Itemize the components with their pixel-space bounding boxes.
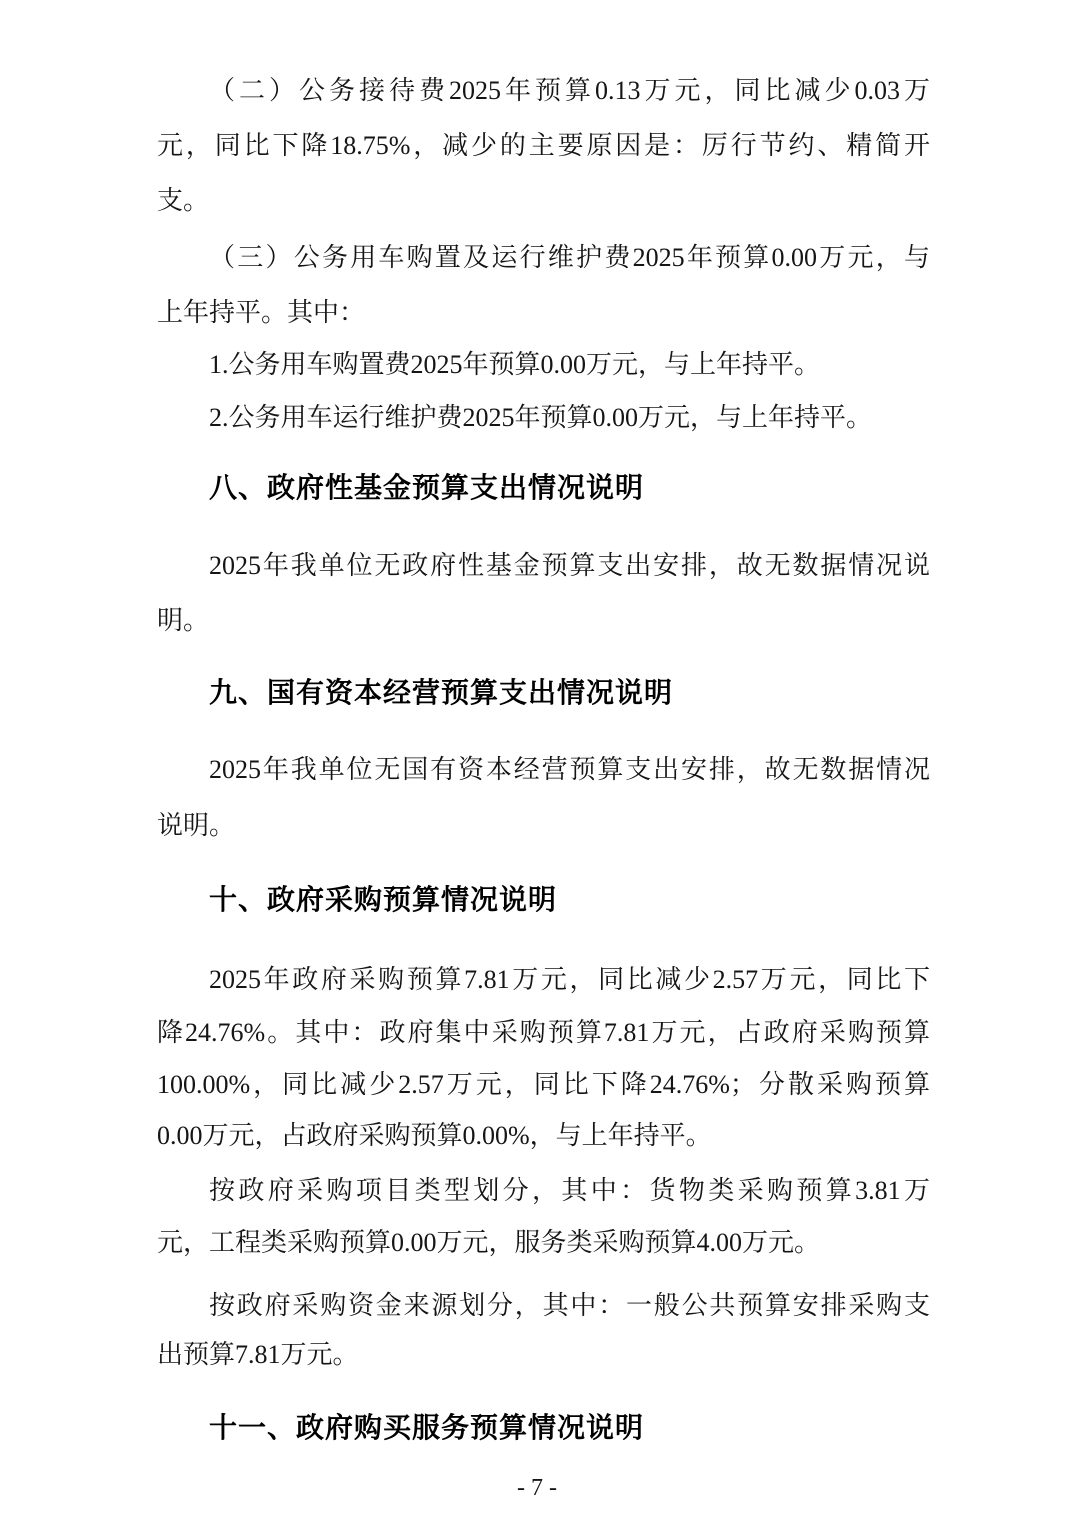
text-line: 1.公务用车购置费2025年预算0.00万元，与上年持平。 bbox=[157, 347, 930, 383]
text-line: 2025年政府采购预算7.81万元，同比减少2.57万元，同比下 bbox=[157, 962, 930, 998]
text-line: 出预算7.81万元。 bbox=[157, 1337, 930, 1373]
text-line: 降24.76%。其中：政府集中采购预算7.81万元，占政府采购预算 bbox=[157, 1015, 930, 1051]
text-line: 2.公务用车运行维护费2025年预算0.00万元，与上年持平。 bbox=[157, 400, 930, 436]
text-line: （二）公务接待费2025年预算0.13万元，同比减少0.03万 bbox=[157, 73, 930, 109]
text-line: 按政府采购项目类型划分，其中：货物类采购预算3.81万 bbox=[157, 1173, 930, 1209]
text-line: 元，同比下降18.75%，减少的主要原因是：厉行节约、精简开 bbox=[157, 128, 930, 164]
text-line: 按政府采购资金来源划分，其中：一般公共预算安排采购支 bbox=[157, 1288, 930, 1324]
section-heading: 九、国有资本经营预算支出情况说明 bbox=[157, 675, 930, 711]
section-heading: 八、政府性基金预算支出情况说明 bbox=[157, 470, 930, 506]
text-line: 2025年我单位无政府性基金预算支出安排，故无数据情况说 bbox=[157, 548, 930, 584]
text-line: 2025年我单位无国有资本经营预算支出安排，故无数据情况 bbox=[157, 752, 930, 788]
section-heading: 十、政府采购预算情况说明 bbox=[157, 882, 930, 918]
text-line: 100.00%，同比减少2.57万元，同比下降24.76%；分散采购预算 bbox=[157, 1067, 930, 1103]
page-number: - 7 - bbox=[0, 1470, 1074, 1506]
section-heading: 十一、政府购买服务预算情况说明 bbox=[157, 1410, 930, 1446]
text-line: 元，工程类采购预算0.00万元，服务类采购预算4.00万元。 bbox=[157, 1225, 930, 1261]
text-line: 明。 bbox=[157, 603, 930, 639]
document-body: （二）公务接待费2025年预算0.13万元，同比减少0.03万元，同比下降18.… bbox=[0, 0, 1074, 1520]
text-line: 支。 bbox=[157, 183, 930, 219]
text-line: 上年持平。其中： bbox=[157, 295, 930, 331]
text-line: （三）公务用车购置及运行维护费2025年预算0.00万元，与 bbox=[157, 240, 930, 276]
document-page: （二）公务接待费2025年预算0.13万元，同比减少0.03万元，同比下降18.… bbox=[0, 0, 1074, 1520]
text-line: 0.00万元，占政府采购预算0.00%，与上年持平。 bbox=[157, 1118, 930, 1154]
text-line: 说明。 bbox=[157, 808, 930, 844]
